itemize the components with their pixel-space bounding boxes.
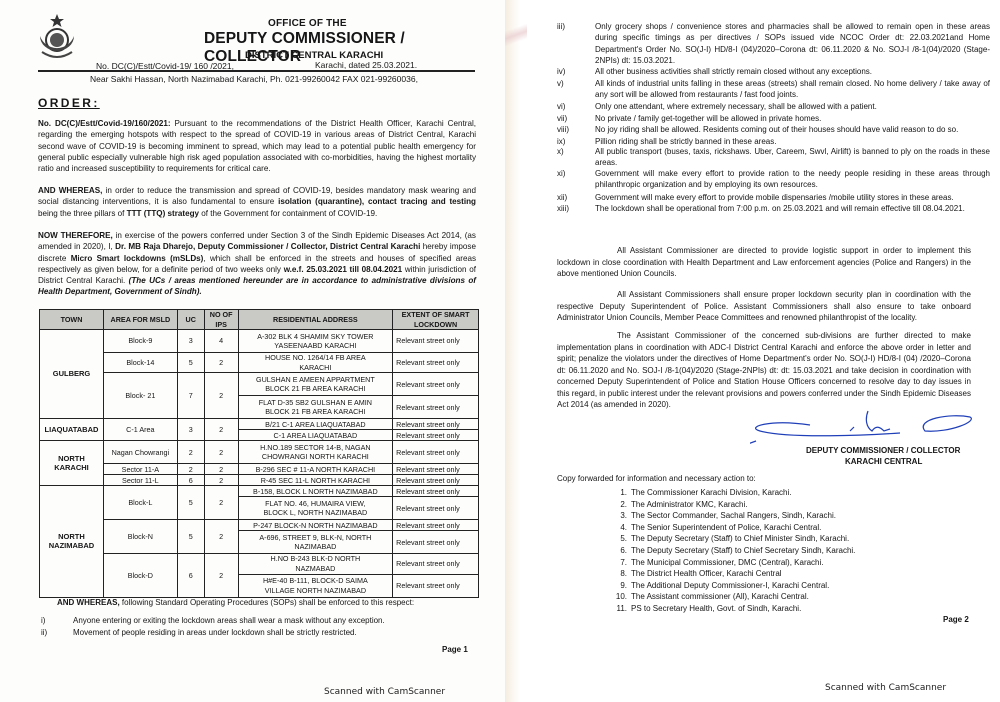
sop-text: Anyone entering or exiting the lockdown … (73, 616, 385, 625)
cell-ips: 2 (204, 353, 238, 373)
recipient-number: 8. (615, 568, 631, 580)
cell-town: NORTH KARACHI (40, 441, 104, 486)
cell-area: Block-14 (103, 353, 177, 373)
cell-uc: 3 (177, 330, 204, 353)
page-fold-shadow (505, 0, 527, 70)
para-bold: w.e.f. 25.03.2021 till 08.04.2021 (284, 265, 403, 274)
cell-uc: 2 (177, 464, 204, 475)
cell-extent: Relevant street only (393, 520, 479, 531)
sop-text: Only one attendant, where extremely nece… (595, 101, 990, 112)
cell-address: GULSHAN E AMEEN APPARTMENT BLOCK 21 FB A… (238, 373, 393, 396)
para-text: being the three pillars of (38, 209, 127, 218)
para-bold: isolation (quarantine), contact tracing … (278, 197, 476, 206)
table-row: GULBERGBlock-934A-302 BLK 4 SHAMIM SKY T… (40, 330, 479, 353)
copy-recipient: 10.The Assistant commissioner (All), Kar… (615, 591, 855, 603)
table-row: Sector 11-A22B-296 SEC # 11-A NORTH KARA… (40, 464, 479, 475)
column-header-uc: UC (177, 310, 204, 330)
cell-extent: Relevant street only (393, 464, 479, 475)
cell-uc: 5 (177, 353, 204, 373)
cell-area: Block-N (103, 520, 177, 554)
sop-text: Only grocery shops / convenience stores … (595, 21, 990, 66)
signatory-subtitle: KARACHI CENTRAL (845, 457, 922, 466)
copy-recipient: 3.The Sector Commander, Sachal Rangers, … (615, 510, 855, 522)
para-lead: No. DC(C)/Estt/Covid-19/160/2021: (38, 119, 171, 128)
table-row: NORTH KARACHINagan Chowrangi22H.NO.189 S… (40, 441, 479, 464)
recipient-number: 5. (615, 533, 631, 545)
cell-address: H.NO.189 SECTOR 14-B, NAGAN CHOWRANGI NO… (238, 441, 393, 464)
cell-extent: Relevant street only (393, 430, 479, 441)
cell-address: FLAT D-35 SB2 GULSHAN E AMIN BLOCK 21 FB… (238, 396, 393, 419)
cell-ips: 2 (204, 464, 238, 475)
recipient-number: 10. (615, 591, 631, 603)
cell-address: H#E-40 B-111, BLOCK-D SAIMA VILLAGE NORT… (238, 574, 393, 597)
column-header-extent: EXTENT OF SMART LOCKDOWN (393, 310, 479, 330)
header-divider (38, 70, 475, 72)
sop-text: The lockdown shall be operational from 7… (595, 203, 990, 214)
copy-forwarded-heading: Copy forwarded for information and neces… (557, 474, 756, 483)
cell-address: FLAT NO. 46, HUMAIRA VIEW, BLOCK L, NORT… (238, 497, 393, 520)
recipient-number: 3. (615, 510, 631, 522)
cell-extent: Relevant street only (393, 497, 479, 520)
recipient-name: The Commissioner Karachi Division, Karac… (631, 487, 792, 499)
paragraph-security-plan: All Assistant Commissioners shall ensure… (557, 289, 971, 324)
cell-address: R-45 SEC 11-L NORTH KARACHI (238, 475, 393, 486)
sop-number: viii) (557, 124, 569, 135)
recipient-name: PS to Secretary Health, Govt. of Sindh, … (631, 603, 801, 615)
sop-number: xiii) (557, 203, 569, 214)
cell-extent: Relevant street only (393, 554, 479, 574)
cell-address: P-247 BLOCK-N NORTH NAZIMABAD (238, 520, 393, 531)
cell-ips: 2 (204, 554, 238, 597)
cell-address: A-696, STREET 9, BLK-N, NORTH NAZIMABAD (238, 531, 393, 554)
cell-uc: 6 (177, 475, 204, 486)
column-header-area: AREA FOR MSLD (103, 310, 177, 330)
header-office-of: OFFICE OF THE (268, 18, 347, 29)
recipient-number: 9. (615, 580, 631, 592)
cell-extent: Relevant street only (393, 475, 479, 486)
sop-text: All kinds of industrial units falling in… (595, 78, 990, 101)
sop-number: i) (41, 616, 45, 625)
sop-text: Movement of people residing in areas und… (73, 628, 357, 637)
sop-number: ii) (41, 628, 47, 637)
office-address: Near Sakhi Hassan, North Nazimabad Karac… (90, 74, 418, 84)
cell-extent: Relevant street only (393, 373, 479, 396)
copy-recipients-list: 1.The Commissioner Karachi Division, Kar… (615, 487, 855, 615)
column-header-ips: NO OF IPS (204, 310, 238, 330)
table-row: Block-1452HOUSE NO. 1264/14 FB AREA KARA… (40, 353, 479, 373)
cell-uc: 3 (177, 419, 204, 441)
sop-text: Government will make every effort to pro… (595, 168, 990, 191)
copy-recipient: 8.The District Health Officer, Karachi C… (615, 568, 855, 580)
lockdown-table-body: GULBERGBlock-934A-302 BLK 4 SHAMIM SKY T… (40, 330, 479, 597)
copy-recipient: 1.The Commissioner Karachi Division, Kar… (615, 487, 855, 499)
cell-extent: Relevant street only (393, 531, 479, 554)
cell-ips: 4 (204, 330, 238, 353)
column-header-town: TOWN (40, 310, 104, 330)
sop-text: Government will make every effort to pro… (595, 192, 990, 203)
recipient-name: The Administrator KMC, Karachi. (631, 499, 747, 511)
camscanner-watermark: Scanned with CamScanner (324, 687, 445, 697)
para-bold: Dr. MB Raja Dharejo, Deputy Commissioner… (115, 242, 420, 251)
table-header-row: TOWN AREA FOR MSLD UC NO OF IPS RESIDENT… (40, 310, 479, 330)
cell-address: C-1 AREA LIAQUATABAD (238, 430, 393, 441)
sop-number: xi) (557, 168, 565, 179)
sop-intro-lead: AND WHEREAS, (57, 598, 120, 607)
table-row: Sector 11-L62R-45 SEC 11-L NORTH KARACHI… (40, 475, 479, 486)
sop-text: No joy riding shall be allowed. Resident… (595, 124, 990, 135)
cell-address: H.NO B-243 BLK-D NORTH NAZMABAD (238, 554, 393, 574)
recipient-name: The District Health Officer, Karachi Cen… (631, 568, 782, 580)
recipient-number: 7. (615, 557, 631, 569)
cell-ips: 2 (204, 520, 238, 554)
cell-extent: Relevant street only (393, 330, 479, 353)
cell-area: Sector 11-L (103, 475, 177, 486)
recipient-number: 2. (615, 499, 631, 511)
para-bold: TTT (TTQ) strategy (127, 209, 199, 218)
copy-recipient: 7.The Municipal Commissioner, DMC (Centr… (615, 557, 855, 569)
cell-ips: 2 (204, 373, 238, 419)
page-number: Page 1 (442, 645, 468, 654)
copy-recipient: 4.The Senior Superintendent of Police, K… (615, 522, 855, 534)
sop-text: No private / family get-together will be… (595, 113, 990, 124)
para-lead: NOW THEREFORE, (38, 231, 113, 240)
paragraph-now-therefore: NOW THEREFORE, in exercise of the powers… (38, 230, 476, 298)
copy-recipient: 11.PS to Secretary Health, Govt. of Sind… (615, 603, 855, 615)
table-row: LIAQUATABADC-1 Area32B/21 C-1 AREA LIAQU… (40, 419, 479, 430)
cell-uc: 7 (177, 373, 204, 419)
sop-number: iv) (557, 66, 565, 77)
sop-number: x) (557, 146, 564, 157)
cell-area: C-1 Area (103, 419, 177, 441)
paragraph-logistic-support: All Assistant Commissioner are directed … (557, 245, 971, 280)
cell-ips: 2 (204, 441, 238, 464)
cell-area: Sector 11-A (103, 464, 177, 475)
cell-ips: 2 (204, 486, 238, 520)
recipient-number: 1. (615, 487, 631, 499)
recipient-name: The Assistant commissioner (All), Karach… (631, 591, 809, 603)
para-text: of the Government for containment of COV… (199, 209, 377, 218)
sop-number: iii) (557, 21, 565, 32)
sop-number: vii) (557, 113, 567, 124)
cell-uc: 5 (177, 520, 204, 554)
cell-extent: Relevant street only (393, 353, 479, 373)
cell-address: B-158, BLOCK L NORTH NAZIMABAD (238, 486, 393, 497)
order-date: Karachi, dated 25.03.2021. (315, 60, 417, 70)
cell-town: GULBERG (40, 330, 104, 419)
order-heading: ORDER: (38, 96, 100, 110)
table-row: Block-D62H.NO B-243 BLK-D NORTH NAZMABAD… (40, 554, 479, 574)
table-row: Block- 2172GULSHAN E AMEEN APPARTMENT BL… (40, 373, 479, 396)
page-fold (505, 0, 520, 702)
sindh-government-emblem-icon (32, 12, 82, 62)
recipient-name: The Additional Deputy Commissioner-I, Ka… (631, 580, 829, 592)
cell-ips: 2 (204, 419, 238, 441)
recipient-number: 4. (615, 522, 631, 534)
cell-address: HOUSE NO. 1264/14 FB AREA KARACHI (238, 353, 393, 373)
table-row: Block-N52P-247 BLOCK-N NORTH NAZIMABADRe… (40, 520, 479, 531)
cell-area: Nagan Chowrangi (103, 441, 177, 464)
sop-number: v) (557, 78, 564, 89)
cell-address: B/21 C-1 AREA LIAQUATABAD (238, 419, 393, 430)
recipient-number: 11. (615, 603, 631, 615)
column-header-address: RESIDENTIAL ADDRESS (238, 310, 393, 330)
copy-recipient: 9.The Additional Deputy Commissioner-I, … (615, 580, 855, 592)
para-bold: Micro Smart lockdowns (mSLDs) (71, 254, 204, 263)
table-row: NORTH NAZIMABADBlock-L52B-158, BLOCK L N… (40, 486, 479, 497)
para-lead: AND WHEREAS, (38, 186, 102, 195)
cell-extent: Relevant street only (393, 441, 479, 464)
recipient-number: 6. (615, 545, 631, 557)
sop-text: All public transport (buses, taxis, rick… (595, 146, 990, 169)
recipient-name: The Senior Superintendent of Police, Kar… (631, 522, 821, 534)
cell-town: LIAQUATABAD (40, 419, 104, 441)
page-number: Page 2 (943, 615, 969, 624)
copy-recipient: 5.The Deputy Secretary (Staff) to Chief … (615, 533, 855, 545)
signature-icon (750, 405, 975, 447)
sop-number: vi) (557, 101, 565, 112)
cell-area: Block- 21 (103, 373, 177, 419)
recipient-name: The Deputy Secretary (Staff) to Chief Se… (631, 545, 855, 557)
cell-uc: 5 (177, 486, 204, 520)
sop-number: xii) (557, 192, 567, 203)
recipient-name: The Sector Commander, Sachal Rangers, Si… (631, 510, 836, 522)
cell-extent: Relevant street only (393, 486, 479, 497)
sop-intro: AND WHEREAS, following Standard Operatin… (57, 598, 414, 607)
cell-extent: Relevant street only (393, 396, 479, 419)
paragraph-and-whereas: AND WHEREAS, in order to reduce the tran… (38, 185, 476, 219)
sop-text: All other business activities shall stri… (595, 66, 990, 77)
cell-extent: Relevant street only (393, 419, 479, 430)
recipient-name: The Deputy Secretary (Staff) to Chief Mi… (631, 533, 849, 545)
cell-address: B-296 SEC # 11-A NORTH KARACHI (238, 464, 393, 475)
sop-intro-text: following Standard Operating Procedures … (120, 598, 414, 607)
page-1: OFFICE OF THE DEPUTY COMMISSIONER / COLL… (0, 0, 505, 702)
cell-area: Block-9 (103, 330, 177, 353)
cell-uc: 2 (177, 441, 204, 464)
lockdown-table: TOWN AREA FOR MSLD UC NO OF IPS RESIDENT… (39, 309, 479, 598)
signatory-title: DEPUTY COMMISSIONER / COLLECTOR (806, 446, 960, 455)
copy-recipient: 2.The Administrator KMC, Karachi. (615, 499, 855, 511)
camscanner-watermark: Scanned with CamScanner (825, 683, 946, 693)
paragraph-implementation: The Assistant Commissioner of the concer… (557, 330, 971, 411)
cell-ips: 2 (204, 475, 238, 486)
paragraph-pursuant: No. DC(C)/Estt/Covid-19/160/2021: Pursua… (38, 118, 476, 174)
copy-recipient: 6.The Deputy Secretary (Staff) to Chief … (615, 545, 855, 557)
recipient-name: The Municipal Commissioner, DMC (Central… (631, 557, 824, 569)
cell-uc: 6 (177, 554, 204, 597)
cell-area: Block-L (103, 486, 177, 520)
cell-town: NORTH NAZIMABAD (40, 486, 104, 597)
cell-area: Block-D (103, 554, 177, 597)
cell-extent: Relevant street only (393, 574, 479, 597)
cell-address: A-302 BLK 4 SHAMIM SKY TOWER YASEENAABD … (238, 330, 393, 353)
